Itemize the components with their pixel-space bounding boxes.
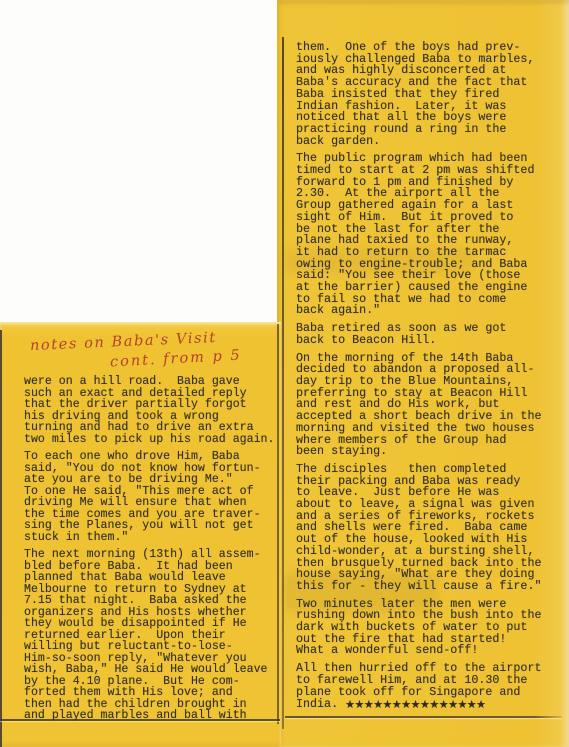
- right-column-text: them. One of the boys had prev- iously c…: [296, 42, 562, 717]
- right-page-strip: them. One of the boys had prev- iously c…: [277, 0, 569, 747]
- column-rule: [282, 37, 284, 729]
- typed-paragraph: On the morning of the 14th Baba decided …: [296, 353, 562, 458]
- star-row-icon: ★★★★★★★★★★★★★★★: [345, 698, 485, 711]
- typed-paragraph: The disciples then completed their packi…: [296, 464, 562, 593]
- typed-paragraph: them. One of the boys had prev- iously c…: [296, 42, 562, 147]
- typed-paragraph: Two minutes later the men were rushing d…: [296, 599, 562, 658]
- handwritten-note: notes on Baba's Visit cont. from p 5: [30, 334, 260, 368]
- footer-rule-right: [285, 716, 562, 718]
- left-page-strip: notes on Baba's Visit cont. from p 5 wer…: [0, 322, 281, 747]
- typed-paragraph: The public program which had been timed …: [296, 153, 562, 317]
- footer-rule-left: [0, 719, 280, 721]
- typed-paragraph: To each one who drove Him, Baba said, "Y…: [24, 451, 280, 543]
- page-edge-line: [0, 330, 2, 747]
- typed-paragraph: were on a hill road. Baba gave such an e…: [24, 376, 280, 445]
- typed-paragraph: The next morning (13th) all assem- bled …: [24, 549, 280, 722]
- note-line-2: cont. from p 5: [110, 348, 242, 372]
- scanned-newsletter-page: them. One of the boys had prev- iously c…: [0, 0, 569, 747]
- typed-paragraph: All then hurried off to the airport to f…: [296, 663, 562, 711]
- left-column-text: were on a hill road. Baba gave such an e…: [24, 376, 280, 728]
- typed-paragraph: Baba retired as soon as we got back to B…: [296, 323, 562, 346]
